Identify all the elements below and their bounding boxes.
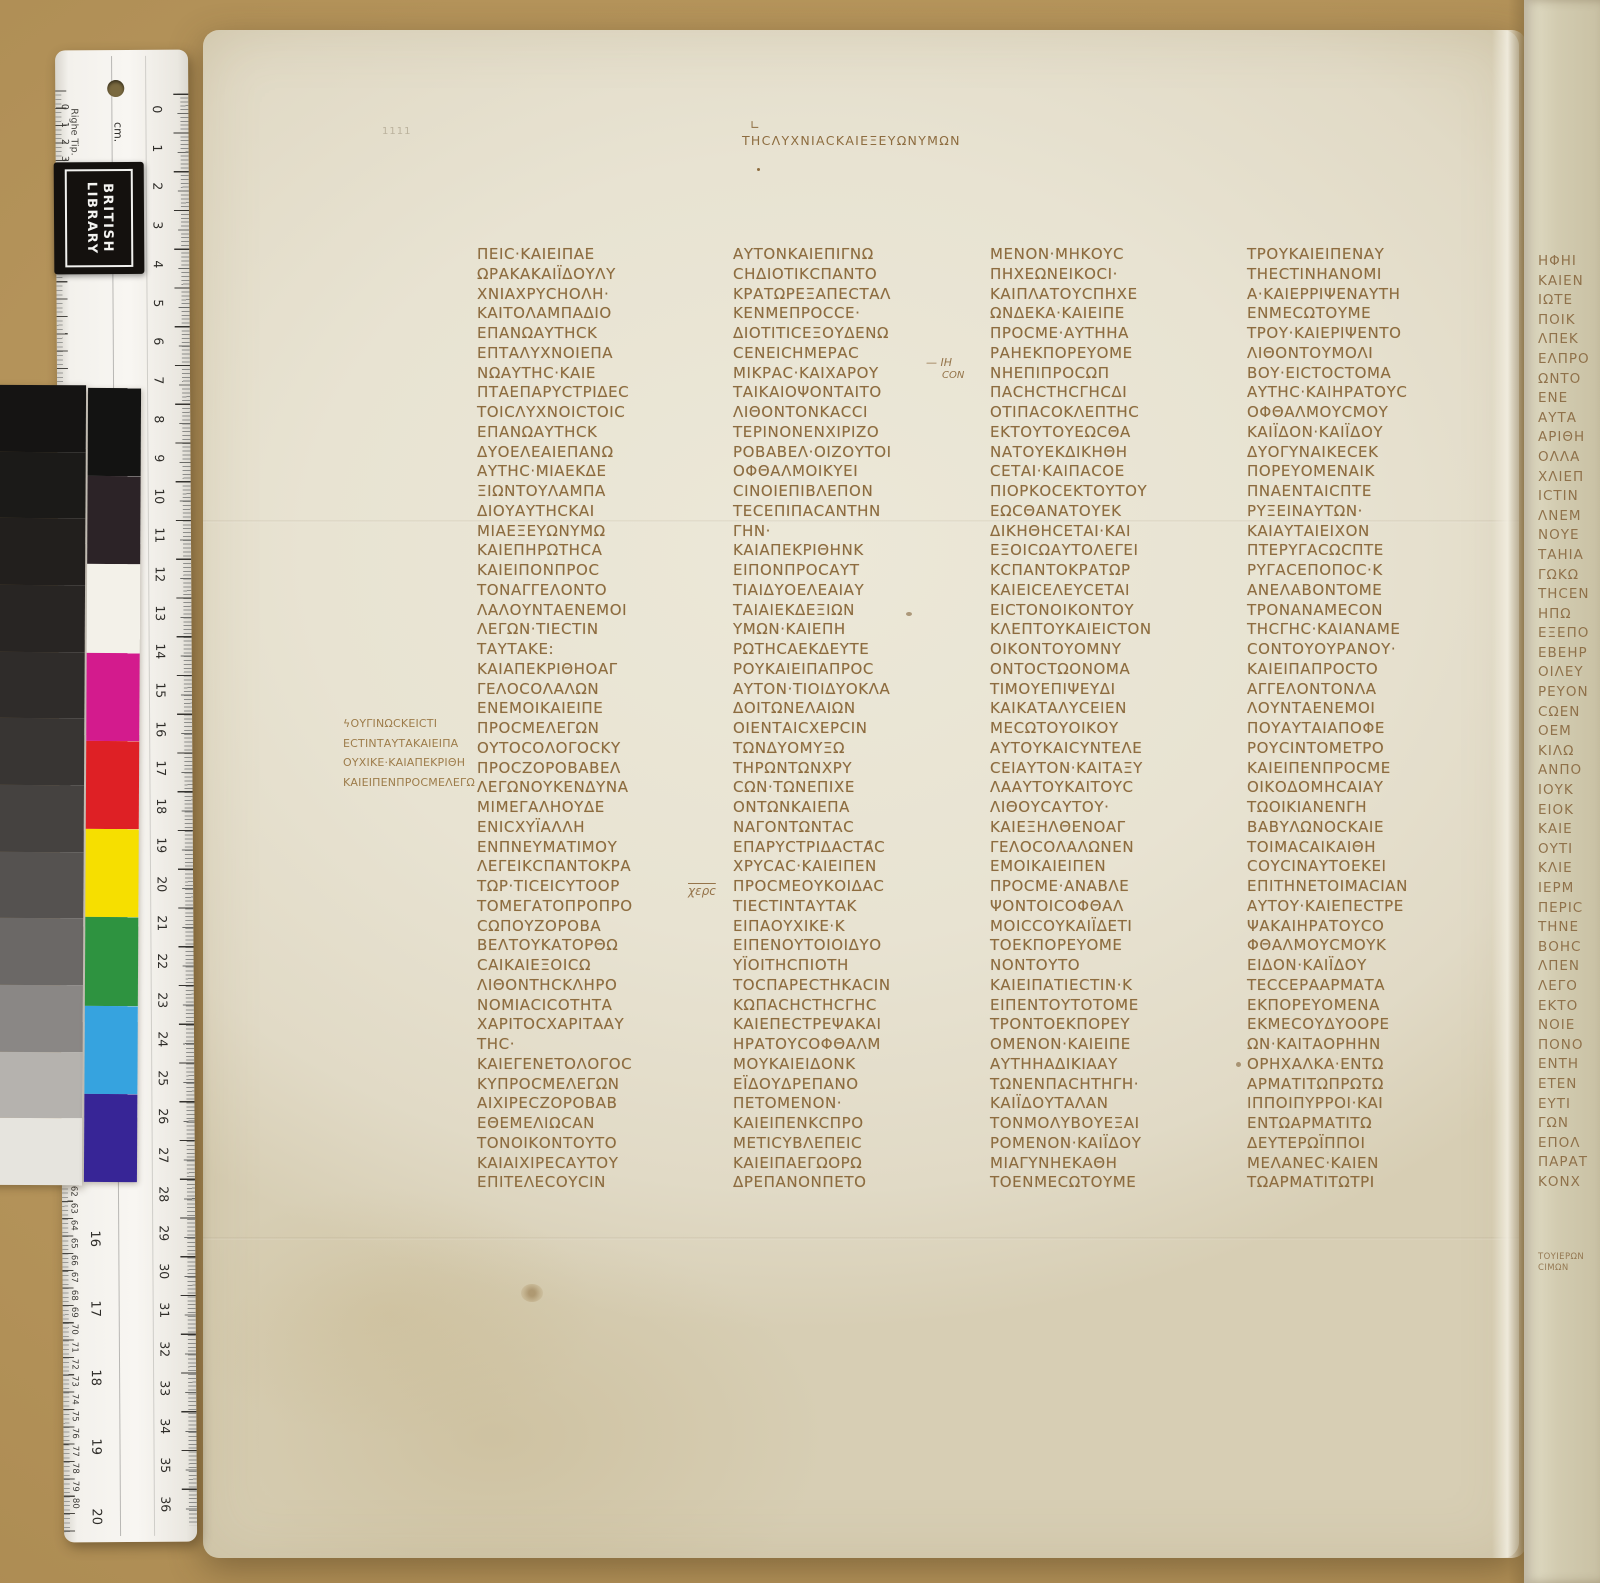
manuscript-line: ΑΥΤΟΥ·ΚΑΙΕΠΕϹΤΡΕ: [1247, 897, 1479, 917]
manuscript-line: ΠΡΟϹΜΕΟΥΚΟΙΔΑϹ: [733, 877, 965, 897]
british-library-badge-frame: BRITISH LIBRARY: [65, 169, 134, 267]
manuscript-line: ΔΡΕΠΑΝΟΝΠΕΤΟ: [733, 1173, 965, 1193]
folio-text-fragment: ΕΙΟΚ: [1538, 801, 1600, 821]
folio-text-fragment: ΠΟΝΟ: [1538, 1036, 1600, 1056]
manuscript-line: ΕΙϹΤΟΝΟΙΚΟΝΤΟΥ: [990, 601, 1222, 621]
manuscript-line: ϹΑΙΚΑΙΕΞΟΙϹΩ: [477, 956, 709, 976]
manuscript-line: ΚΑΙΑΠΕΚΡΙΘΗΝΚ: [733, 541, 965, 561]
marginal-note-line: ΟΥΧΙΚΕ·ΚΑΙΑΠΕΚΡΙΘΗ: [343, 753, 493, 773]
manuscript-line: ΚΑΙΕΞΗΛΘΕΝΟΑΓ: [990, 818, 1222, 838]
folio-text-fragment: ΚΑΙΕ: [1538, 820, 1600, 840]
manuscript-line: ΤΟΕΚΠΟΡΕΥΟΜΕ: [990, 936, 1222, 956]
manuscript-line: ΤΟΙΜΑϹΑΙΚΑΙΘΗ: [1247, 838, 1479, 858]
manuscript-line: ΓΕΛΟϹΟΛΑΛΩΝ: [477, 680, 709, 700]
folio-text-fragment: ΟΕΜ: [1538, 722, 1600, 742]
manuscript-line: ΤΡΟΝΤΟΕΚΠΟΡΕΥ: [990, 1015, 1222, 1035]
marginal-note-line: ΚΑΙΕΙΠΕΝΠΡΟϹΜΕΛΕΓΩ: [343, 773, 493, 793]
manuscript-line: ΛΕΓΩΝΟΥΚΕΝΔΥΝΑ: [477, 778, 709, 798]
manuscript-line: ΚΑΙΕΠΗΡΩΤΗϹΑ: [477, 541, 709, 561]
manuscript-line: ΟΜΕΝΟΝ·ΚΑΙΕΙΠΕ: [990, 1035, 1222, 1055]
ruler-small-number: 67: [68, 1269, 84, 1286]
manuscript-line: ΤΩΝΔΥΟΜΥΞΩ: [733, 739, 965, 759]
marginal-gloss: χερϲ: [688, 884, 716, 898]
manuscript-line: ΠΟΥΑΥΤΑΙΑΠΟΦΕ: [1247, 719, 1479, 739]
manuscript-line: ΗΡΑΤΟΥϹΟΦΘΑΛΜ: [733, 1035, 965, 1055]
manuscript-line: ΜΙΑΕΞΕΥΩΝΥΜΩ: [477, 522, 709, 542]
running-title: ΤΗϹΛΥΧΝΙΑϹΚΑΙΕΞΕΥΩΝΥΜΩΝ: [742, 133, 961, 148]
folio-text-fragment: ΚΙΛΩ: [1538, 742, 1600, 762]
british-library-badge: BRITISH LIBRARY: [54, 162, 145, 275]
manuscript-line: ΛΙΘΟΥϹΑΥΤΟΥ·: [990, 798, 1222, 818]
ruler-cm-number: 33: [154, 1368, 176, 1407]
manuscript-line: ΒΑΒΥΛΩΝΟϹΚΑΙΕ: [1247, 818, 1479, 838]
ruler-cm-number: 6: [148, 322, 170, 361]
manuscript-line: ΒΟΥ·ΕΙϹΤΟϹΤΟΜΑ: [1247, 364, 1479, 384]
manuscript-line: ΠΕΤΟΜΕΝΟΝ·: [733, 1094, 965, 1114]
folio-text-fragment: ΩΝΤΟ: [1538, 370, 1600, 390]
manuscript-line: ΛΑΑΥΤΟΥΚΑΙΤΟΥϹ: [990, 778, 1222, 798]
folio-text-fragment: ΤΑΗΙΑ: [1538, 546, 1600, 566]
ruler-small-number: 64: [68, 1217, 84, 1234]
manuscript-line: ΝΗΕΠΙΠΡΟϹΩΠ: [990, 364, 1222, 384]
folio-text-fragment: ΕΥΤΙ: [1538, 1095, 1600, 1115]
manuscript-line: ΔΥΟΕΛΕΑΙΕΠΑΝΩ: [477, 443, 709, 463]
text-column-2: ΑΥΤΟΝΚΑΙΕΠΙΓΝΩϹΗΔΙΟΤΙΚϹΠΑΝΤΟΚΡΑΤΩΡΕΞΑΠΕϹ…: [733, 245, 965, 1193]
ruler-cm-number: 18: [151, 787, 173, 826]
ruler-cm-number: 19: [151, 826, 173, 865]
manuscript-line: ΕΜΟΙΚΑΙΕΙΠΕΝ: [990, 857, 1222, 877]
folio-text-fragment: ΓΩΚΩ: [1538, 566, 1600, 586]
folio-text-fragment: ΒΟΗϹ: [1538, 938, 1600, 958]
folio-text-fragment: ΟΥΤΙ: [1538, 840, 1600, 860]
manuscript-line: ΑΥΤΗΗΑΔΙΚΙΑΑΥ: [990, 1055, 1222, 1075]
manuscript-line: ΥΪΟΙΤΗϹΠΙΟΤΗ: [733, 956, 965, 976]
ruler-cm-number: 26: [152, 1097, 174, 1136]
calibration-kit: cm. Righe Tip. 0123456789101112131415161…: [0, 40, 210, 1550]
ruler-small-number: 74: [69, 1390, 85, 1407]
manuscript-line: ΚΑΙΕΙΠΑΤΙΕϹΤΙΝ·Κ: [990, 976, 1222, 996]
ruler-cm-number: 23: [152, 981, 174, 1020]
manuscript-line: ϹΗΔΙΟΤΙΚϹΠΑΝΤΟ: [733, 265, 965, 285]
manuscript-line: ΜΙΑΓΥΝΗΕΚΑΘΗ: [990, 1154, 1222, 1174]
ruler-cm-number: 21: [151, 903, 173, 942]
manuscript-line: ΕΠΑΡΥϹΤΡΙΔΑϹΤΑϹ: [733, 838, 965, 858]
manuscript-line: ΝΟΝΤΟΥΤΟ: [990, 956, 1222, 976]
ruler-small-number: 69: [69, 1304, 85, 1321]
color-patch: [87, 564, 140, 652]
manuscript-line: ΤΕϹΕΠΙΠΑϹΑΝΤΗΝ: [733, 502, 965, 522]
ruler-small-number: 75: [69, 1408, 85, 1425]
manuscript-line: ΕΚΤΟΥΤΟΥΕΩϹΘΑ: [990, 423, 1222, 443]
folio-text-fragment: ΙΟΥΚ: [1538, 781, 1600, 801]
manuscript-line: ΚΑΙΚΑΤΑΛΥϹΕΙΕΝ: [990, 699, 1222, 719]
manuscript-line: ΕΝΕΜΟΙΚΑΙΕΙΠΕ: [477, 699, 709, 719]
ruler-small-number: 79: [70, 1477, 86, 1494]
ruler-small-number: 63: [68, 1200, 84, 1217]
color-patch: [86, 653, 139, 741]
parchment-crease: [203, 1237, 1519, 1240]
manuscript-line: ΔΕΥΤΕΡΩΪΠΠΟΙ: [1247, 1134, 1479, 1154]
manuscript-line: ΜΕΛΑΝΕϹ·ΚΑΙΕΝ: [1247, 1154, 1479, 1174]
folio-text-fragment: ΕΞΕΠΟ: [1538, 624, 1600, 644]
manuscript-line: ΑΥΤΗϹ·ΚΑΙΗΡΑΤΟΥϹ: [1247, 383, 1479, 403]
manuscript-line: ΡΟΒΑΒΕΛ·ΟΙΖΟΥΤΟΙ: [733, 443, 965, 463]
manuscript-line: ΤΟΙϹΛΥΧΝΟΙϹΤΟΙϹ: [477, 403, 709, 423]
manuscript-line: ϹΩΝ·ΤΩΝΕΠΙΧΕ: [733, 778, 965, 798]
manuscript-line: ΛΕΓΩΝ·ΤΙΕϹΤΙΝ: [477, 620, 709, 640]
ruler-small-number: 71: [69, 1338, 85, 1355]
gray-step: [0, 718, 84, 785]
manuscript-line: ΚΑΙΕΙϹΕΛΕΥϹΕΤΑΙ: [990, 581, 1222, 601]
manuscript-line: ΠΗΧΕΩΝΕΙΚΟϹΙ·: [990, 265, 1222, 285]
manuscript-line: ΒΕΛΤΟΥΚΑΤΟΡΘΩ: [477, 936, 709, 956]
manuscript-line: ΤΕϹϹΕΡΑΑΡΜΑΤΑ: [1247, 976, 1479, 996]
manuscript-line: ΚϹΠΑΝΤΟΚΡΑΤΩΡ: [990, 561, 1222, 581]
manuscript-line: ΙΠΠΟΙΠΥΡΡΟΙ·ΚΑΙ: [1247, 1094, 1479, 1114]
manuscript-line: ΛΟΥΝΤΑΕΝΕΜΟΙ: [1247, 699, 1479, 719]
ruler-big-number: 16: [86, 1204, 106, 1274]
folio-text-fragment: ΤΗΝΕ: [1538, 918, 1600, 938]
ruler-line-number: 2: [62, 133, 80, 150]
folio-text-fragment: ΕΠΟΛ: [1538, 1134, 1600, 1154]
ruler-small-number: 73: [69, 1373, 85, 1390]
manuscript-line: ΑΓΓΕΛΟΝΤΟΝΛΑ: [1247, 680, 1479, 700]
manuscript-line: ΡΥΞΕΙΝΑΥΤΩΝ·: [1247, 502, 1479, 522]
folio-text-fragment: ΗΦΗΙ: [1538, 252, 1600, 272]
next-folio-note: ΤΟΥΙΕΡΩΝ ϹΙΜΩΝ: [1538, 1252, 1584, 1274]
manuscript-line: ΟΝΤΩΝΚΑΙΕΠΑ: [733, 798, 965, 818]
manuscript-line: ΤΗΕϹΤΙΝΗΑΝΟΜΙ: [1247, 265, 1479, 285]
folio-text-fragment: ΚΑΙΕΝ: [1538, 272, 1600, 292]
ruler-cm-ticks: [173, 94, 197, 1526]
ruler-line-number: 1: [61, 116, 79, 133]
manuscript-line: ΦΘΑΛΜΟΥϹΜΟΥΚ: [1247, 936, 1479, 956]
manuscript-line: ΚΑΙΠΛΑΤΟΥϹΠΗΧΕ: [990, 285, 1222, 305]
ruler-cm-number: 27: [153, 1136, 175, 1175]
manuscript-line: ΡΩΤΗϹΑΕΚΔΕΥΤΕ: [733, 640, 965, 660]
manuscript-line: ΚΑΙΕΙΠΕΝΠΡΟϹΜΕ: [1247, 759, 1479, 779]
manuscript-line: ΜΕΤΙϹΥΒΛΕΠΕΙϹ: [733, 1134, 965, 1154]
folio-text-fragment: ΡΕΥΟΝ: [1538, 683, 1600, 703]
manuscript-line: ΠΡΟϹΜΕΛΕΓΩΝ: [477, 719, 709, 739]
ruler-big-number: 20: [88, 1482, 108, 1552]
manuscript-line: ΤΩΡ·ΤΙϹΕΙϹΥΤΟΟΡ: [477, 877, 709, 897]
folio-text-fragment: ΛΕΓΟ: [1538, 977, 1600, 997]
manuscript-line: ΚΑΙΕΙΠΑΕΓΩΟΡΩ: [733, 1154, 965, 1174]
ruler-cm-number: 14: [150, 632, 172, 671]
marginal-note-line: ΕϹΤΙΝΤΑΥΤΑΚΑΙΕΙΠΑ: [343, 734, 493, 754]
ruler-big-number: 19: [87, 1412, 107, 1482]
ruler-cm-number: 16: [150, 710, 172, 749]
manuscript-line: ΕΝΤΩΑΡΜΑΤΙΤΩ: [1247, 1114, 1479, 1134]
ruler-small-number: 77: [70, 1442, 86, 1459]
folio-text-fragment: ΙΩΤΕ: [1538, 291, 1600, 311]
manuscript-line: ΤΩΑΡΜΑΤΙΤΩΤΡΙ: [1247, 1173, 1479, 1193]
manuscript-line: ΕΠΑΝΩΑΥΤΗϹΚ: [477, 324, 709, 344]
manuscript-line: ΤΟΝΟΙΚΟΝΤΟΥΤΟ: [477, 1134, 709, 1154]
ruler-cm-number: 25: [152, 1058, 174, 1097]
ruler-hole: [107, 80, 124, 97]
manuscript-line: ΜΟΙϹϹΟΥΚΑΙΪΔΕΤΙ: [990, 917, 1222, 937]
manuscript-line: ΕΙΠΑΟΥΧΙΚΕ·Κ: [733, 917, 965, 937]
ruler-cm-number: 30: [153, 1252, 175, 1291]
manuscript-line: ΡΑΗΕΚΠΟΡΕΥΟΜΕ: [990, 344, 1222, 364]
manuscript-line: ΟΦΘΑΛΜΟΥϹΜΟΥ: [1247, 403, 1479, 423]
folio-text-fragment: ϹΩΕΝ: [1538, 703, 1600, 723]
manuscript-line: ΚΑΙΪΔΟΝ·ΚΑΙΪΔΟΥ: [1247, 423, 1479, 443]
text-column-3: ΜΕΝΟΝ·ΜΗΚΟΥϹΠΗΧΕΩΝΕΙΚΟϹΙ·ΚΑΙΠΛΑΤΟΥϹΠΗΧΕΩ…: [990, 245, 1222, 1193]
manuscript-line: ΠΟΡΕΥΟΜΕΝΑΙΚ: [1247, 462, 1479, 482]
manuscript-line: ΟΡΗΧΑΛΚΑ·ΕΝΤΩ: [1247, 1055, 1479, 1075]
manuscript-line: ΕΠΤΑΛΥΧΝΟΙΕΠΑ: [477, 344, 709, 364]
manuscript-line: ΛΙΘΟΝΤΟΥΜΟΛΙ: [1247, 344, 1479, 364]
ruler-cm-number: 10: [149, 477, 171, 516]
manuscript-line: ΧΝΙΑΧΡΥϹΗΟΛΗ·: [477, 285, 709, 305]
manuscript-line: ΟΦΘΑΛΜΟΙΚΥΕΙ: [733, 462, 965, 482]
gray-step: [0, 985, 83, 1052]
manuscript-line: ΠΤΑΕΠΑΡΥϹΤΡΙΔΕϹ: [477, 383, 709, 403]
manuscript-line: ΥΜΩΝ·ΚΑΙΕΠΗ: [733, 620, 965, 640]
manuscript-line: ΔΥΟΓΥΝΑΙΚΕϹΕΚ: [1247, 443, 1479, 463]
text-column-1: ΠΕΙϹ·ΚΑΙΕΙΠΑΕΩΡΑΚΑΚΑΙΪΔΟΥΛΥΧΝΙΑΧΡΥϹΗΟΛΗ·…: [477, 245, 709, 1193]
manuscript-line: ϹΕΙΑΥΤΟΝ·ΚΑΙΤΑΞΥ: [990, 759, 1222, 779]
gray-step: [0, 451, 86, 518]
ruler-cm-number: 12: [149, 555, 171, 594]
ink-speck: [906, 612, 912, 616]
ruler-small-number: 78: [70, 1460, 86, 1477]
manuscript-line: ϹΙΝΟΙΕΠΙΒΛΕΠΟΝ: [733, 482, 965, 502]
ruler-cm-number: 4: [147, 245, 169, 284]
manuscript-line: ΕΝΠΝΕΥΜΑΤΙΜΟΥ: [477, 838, 709, 858]
manuscript-line: ΕΘΕΜΕΛΙΩϹΑΝ: [477, 1114, 709, 1134]
folio-text-fragment: ΟΙΛΕΥ: [1538, 663, 1600, 683]
folio-text-fragment: ΝΟΥΕ: [1538, 526, 1600, 546]
color-patch: [84, 1005, 137, 1093]
manuscript-line: ΔΙΚΗΘΗϹΕΤΑΙ·ΚΑΙ: [990, 522, 1222, 542]
manuscript-line: ΚΛΕΠΤΟΥΚΑΙΕΙϹΤΟΝ: [990, 620, 1222, 640]
ruler-small-number: 80: [70, 1494, 86, 1511]
ruler-cm-number: 0: [146, 90, 168, 129]
manuscript-line: ΤΟΜΕΓΑΤΟΠΡΟΠΡΟ: [477, 897, 709, 917]
ruler-cm-label: cm.: [111, 122, 124, 142]
gray-step: [0, 851, 84, 918]
folio-text-fragment: ΚΟΝΧ: [1538, 1173, 1600, 1193]
manuscript-line: ΨΑΚΑΙΗΡΑΤΟΥϹΟ: [1247, 917, 1479, 937]
manuscript-line: ΤΗϹ·: [477, 1035, 709, 1055]
section-mark-number: — ΙΗ: [926, 356, 964, 369]
manuscript-line: ΚΑΙΪΔΟΥΤΑΛΑΝ: [990, 1094, 1222, 1114]
manuscript-line: ΑΥΤΟΝΚΑΙΕΠΙΓΝΩ: [733, 245, 965, 265]
manuscript-line: ΔΙΟΥΑΥΤΗϹΚΑΙ: [477, 502, 709, 522]
manuscript-line: ΡΟΥϹΙΝΤΟΜΕΤΡΟ: [1247, 739, 1479, 759]
manuscript-line: ΑΥΤΟΝ·ΤΙΟΙΔΥΟΚΛΑ: [733, 680, 965, 700]
manuscript-line: ΤΗϹΓΗϹ·ΚΑΙΑΝΑΜΕ: [1247, 620, 1479, 640]
manuscript-line: ΧΡΥϹΑϹ·ΚΑΙΕΙΠΕΝ: [733, 857, 965, 877]
folio-text-fragment: ΕΤΕΝ: [1538, 1075, 1600, 1095]
manuscript-line: ΟΥΤΟϹΟΛΟΓΟϹΚΥ: [477, 739, 709, 759]
manuscript-line: ΤΙΑΙΔΥΟΕΛΕΑΙΑΥ: [733, 581, 965, 601]
manuscript-photo: ∟ ΤΗϹΛΥΧΝΙΑϹΚΑΙΕΞΕΥΩΝΥΜΩΝ 1111 ΠΕΙϹ·ΚΑΙΕ…: [0, 0, 1600, 1583]
manuscript-line: ΚΑΙΑΠΕΚΡΙΘΗΟΑΓ: [477, 660, 709, 680]
folio-text-fragment: ΕΝΤΗ: [1538, 1055, 1600, 1075]
ruler-cm-number: 28: [153, 1175, 175, 1214]
manuscript-line: ΠΡΟϹΜΕ·ΑΝΑΒΛΕ: [990, 877, 1222, 897]
color-patch: [84, 1094, 137, 1182]
manuscript-line: ΤΑΥΤΑΚΕ:: [477, 640, 709, 660]
folio-text-fragment: ΚΛΙΕ: [1538, 859, 1600, 879]
manuscript-line: ΝΟΜΙΑϹΙϹΟΤΗΤΑ: [477, 996, 709, 1016]
manuscript-line: ΤΟϹΠΑΡΕϹΤΗΚΑϹΙΝ: [733, 976, 965, 996]
manuscript-line: ΠΤΕΡΥΓΑϹΩϹΠΤΕ: [1247, 541, 1479, 561]
folio-note-line: ΤΟΥΙΕΡΩΝ: [1538, 1252, 1584, 1263]
ruler-line-number: 0: [61, 98, 79, 115]
ruler-cm-number: 32: [154, 1330, 176, 1369]
manuscript-line: ΕΙΠΕΝΤΟΥΤΟΤΟΜΕ: [990, 996, 1222, 1016]
folio-text-fragment: ΕΝΕ: [1538, 389, 1600, 409]
manuscript-line: ΕΠΑΝΩΑΥΤΗϹΚ: [477, 423, 709, 443]
manuscript-line: ΠΡΟϹΖΟΡΟΒΑΒΕΛ: [477, 759, 709, 779]
gray-step: [0, 1051, 83, 1118]
manuscript-line: ΞΙΩΝΤΟΥΛΑΜΠΑ: [477, 482, 709, 502]
manuscript-line: ΩΝ·ΚΑΙΤΑΟΡΗΗΝ: [1247, 1035, 1479, 1055]
manuscript-line: ΤΩΝΕΝΠΑϹΗΤΗΓΗ·: [990, 1075, 1222, 1095]
manuscript-line: ΧΑΡΙΤΟϹΧΑΡΙΤΑΑΥ: [477, 1015, 709, 1035]
ruler-cm-number: 35: [155, 1446, 177, 1485]
manuscript-line: ΕΝΙϹΧΥΪΑΛΛΗ: [477, 818, 709, 838]
manuscript-line: ΛΙΘΟΝΤΗϹΚΛΗΡΟ: [477, 976, 709, 996]
ruler-cm-number: 22: [151, 942, 173, 981]
manuscript-line: ΤΙΕϹΤΙΝΤΑΥΤΑΚ: [733, 897, 965, 917]
manuscript-line: ΤΕΡΙΝΟΝΕΝΧΙΡΙΖΟ: [733, 423, 965, 443]
ruler-cm-number: 5: [147, 283, 169, 322]
manuscript-line: ΑΥΤΗϹ·ΜΙΑΕΚΔΕ: [477, 462, 709, 482]
ruler-cm-number: 11: [149, 516, 171, 555]
section-mark: — ΙΗ CON: [926, 356, 964, 382]
ruler-small-number: 70: [69, 1321, 85, 1338]
color-patch: [85, 917, 138, 1005]
folio-note-line: ϹΙΜΩΝ: [1538, 1263, 1584, 1274]
manuscript-line: ΚΑΙΕΠΕϹΤΡΕΨΑΚΑΙ: [733, 1015, 965, 1035]
color-patch: [88, 388, 141, 476]
manuscript-line: ΤΟΕΝΜΕϹΩΤΟΥΜΕ: [990, 1173, 1222, 1193]
ruler-cm-numbers: 0123456789101112131415161718192021222324…: [146, 90, 177, 1524]
folio-text-fragment: ΕΒΕΗΡ: [1538, 644, 1600, 664]
manuscript-line: ΜΕϹΩΤΟΥΟΙΚΟΥ: [990, 719, 1222, 739]
folio-text-fragment: ΓΩΝ: [1538, 1114, 1600, 1134]
manuscript-line: ΜΕΝΟΝ·ΜΗΚΟΥϹ: [990, 245, 1222, 265]
manuscript-line: ΑΥΤΟΥΚΑΙϹΥΝΤΕΛΕ: [990, 739, 1222, 759]
manuscript-line: ΤΡΟΥΚΑΙΕΙΠΕΝΑΥ: [1247, 245, 1479, 265]
gray-step: [0, 518, 85, 585]
manuscript-line: ϹΟΥϹΙΝΑΥΤΟΕΚΕΙ: [1247, 857, 1479, 877]
manuscript-line: ΡΟΥΚΑΙΕΙΠΑΠΡΟϹ: [733, 660, 965, 680]
gray-step: [0, 918, 83, 985]
manuscript-line: ΚΥΠΡΟϹΜΕΛΕΓΩΝ: [477, 1075, 709, 1095]
manuscript-line: ΕΚΠΟΡΕΥΟΜΕΝΑ: [1247, 996, 1479, 1016]
ruler-cm-number: 20: [151, 865, 173, 904]
text-column-4: ΤΡΟΥΚΑΙΕΙΠΕΝΑΥΤΗΕϹΤΙΝΗΑΝΟΜΙΑ·ΚΑΙΕΡΡΙΨΕΝΑ…: [1247, 245, 1479, 1193]
manuscript-line: ΝΑΤΟΥΕΚΔΙΚΗΘΗ: [990, 443, 1222, 463]
ruler-cm-number: 17: [150, 748, 172, 787]
folio-text-fragment: ΕΚΤΟ: [1538, 997, 1600, 1017]
folio-text-fragment: ΠΟΙΚ: [1538, 311, 1600, 331]
color-patch: [85, 829, 138, 917]
manuscript-line: ΚΑΙΕΙΠΕΝΚϹΠΡΟ: [733, 1114, 965, 1134]
color-target: [84, 388, 141, 1182]
manuscript-line: ΤΗΡΩΝΤΩΝΧΡΥ: [733, 759, 965, 779]
manuscript-line: ΜΟΥΚΑΙΕΙΔΟΝΚ: [733, 1055, 965, 1075]
gray-step: [0, 585, 85, 652]
color-patch: [87, 476, 140, 564]
manuscript-line: ΚΑΙΤΟΛΑΜΠΑΔΙΟ: [477, 304, 709, 324]
ruler-cm-number: 13: [149, 593, 171, 632]
ruler-bottom-big-numbers: 1617181920: [86, 1204, 108, 1551]
manuscript-line: ΚΩΠΑϹΗϹΤΗϹΓΗϹ: [733, 996, 965, 1016]
manuscript-line: ΟΙΚΟΔΟΜΗϹΑΙΑΥ: [1247, 778, 1479, 798]
folio-text-fragment: ΟΛΛΑ: [1538, 448, 1600, 468]
ruler-cm-number: 7: [148, 361, 170, 400]
ruler-cm-number: 36: [155, 1485, 177, 1524]
ruler-cm-number: 3: [147, 206, 169, 245]
manuscript-line: ΝΑΓΟΝΤΩΝΤΑϹ: [733, 818, 965, 838]
manuscript-line: ΤΩΟΙΚΙΑΝΕΝΓΗ: [1247, 798, 1479, 818]
gray-step: [0, 785, 84, 852]
manuscript-line: ΤΟΝΜΟΛΥΒΟΥΕΞΑΙ: [990, 1114, 1222, 1134]
ruler-cm-number: 34: [154, 1407, 176, 1446]
ruler-bottom-small-numbers: 62636465666768697071727374757677787980: [68, 1182, 86, 1512]
manuscript-line: ΔΙΟΤΙΤΙϹΕΞΟΥΔΕΝΩ: [733, 324, 965, 344]
manuscript-line: ΟΤΙΠΑϹΟΚΛΕΠΤΗϹ: [990, 403, 1222, 423]
pencil-mark: 1111: [382, 126, 411, 137]
manuscript-line: ΚΑΙΑΥΤΑΙΕΙΧΟΝ: [1247, 522, 1479, 542]
manuscript-line: ΕΙΔΟΝ·ΚΑΙΪΔΟΥ: [1247, 956, 1479, 976]
ink-speck: [757, 168, 760, 171]
folio-text-fragment: ΝΟΙΕ: [1538, 1016, 1600, 1036]
badge-text-library: LIBRARY: [83, 182, 99, 255]
folio-text-fragment: ΛΠΕΝ: [1538, 957, 1600, 977]
manuscript-line: ϹΟΝΤΟΥΟΥΡΑΝΟΥ·: [1247, 640, 1479, 660]
manuscript-line: ΕΩϹΘΑΝΑΤΟΥΕΚ: [990, 502, 1222, 522]
manuscript-line: ΤΡΟΝΑΝΑΜΕϹΟΝ: [1247, 601, 1479, 621]
manuscript-line: ΩΡΑΚΑΚΑΙΪΔΟΥΛΥ: [477, 265, 709, 285]
corrector-marginal-note: ϟΟΥΓΙΝΩϹΚΕΙϹΤΙΕϹΤΙΝΤΑΥΤΑΚΑΙΕΙΠΑΟΥΧΙΚΕ·ΚΑ…: [343, 714, 493, 792]
folio-text-fragment: ΙϹΤΙΝ: [1538, 487, 1600, 507]
manuscript-line: ΚΑΙΕΙΠΟΝΠΡΟϹ: [477, 561, 709, 581]
manuscript-line: ΛΙΘΟΝΤΟΝΚΑϹϹΙ: [733, 403, 965, 423]
folio-text-fragment: ΠΕΡΙϹ: [1538, 899, 1600, 919]
manuscript-line: ΕΠΙΤΗΝΕΤΟΙΜΑϹΙΑΝ: [1247, 877, 1479, 897]
folio-text-fragment: ΛΠΕΚ: [1538, 330, 1600, 350]
next-folio-text: ΗΦΗΙΚΑΙΕΝΙΩΤΕΠΟΙΚΛΠΕΚΕΛΠΡΟΩΝΤΟΕΝΕΑΥΤΑΑΡΙ…: [1538, 252, 1600, 1193]
ruler-small-number: 66: [68, 1252, 84, 1269]
ruler-small-number: 68: [69, 1286, 85, 1303]
manuscript-line: ΔΟΙΤΩΝΕΛΑΙΩΝ: [733, 699, 965, 719]
manuscript-line: ΚΑΙΑΙΧΙΡΕϹΑΥΤΟΥ: [477, 1154, 709, 1174]
manuscript-line: ΕΝΜΕϹΩΤΟΥΜΕ: [1247, 304, 1479, 324]
ruler-big-number: 17: [86, 1274, 106, 1344]
manuscript-line: ΠΑϹΗϹΤΗϹΓΗϹΔΙ: [990, 383, 1222, 403]
ruler-cm-number: 24: [152, 1020, 174, 1059]
manuscript-line: ΕΚΜΕϹΟΥΔΥΟΟΡΕ: [1247, 1015, 1479, 1035]
color-patch: [86, 741, 139, 829]
manuscript-line: ΡΟΜΕΝΟΝ·ΚΑΙΪΔΟΥ: [990, 1134, 1222, 1154]
manuscript-line: ΠΡΟϹΜΕ·ΑΥΤΗΗΑ: [990, 324, 1222, 344]
manuscript-line: ΩΝΔΕΚΑ·ΚΑΙΕΙΠΕ: [990, 304, 1222, 324]
manuscript-line: ϹΩΠΟΥΖΟΡΟΒΑ: [477, 917, 709, 937]
ruler-cm-number: 1: [146, 128, 168, 167]
manuscript-line: ΚΑΙΕΓΕΝΕΤΟΛΟΓΟϹ: [477, 1055, 709, 1075]
folio-text-fragment: ΑΝΠΟ: [1538, 761, 1600, 781]
